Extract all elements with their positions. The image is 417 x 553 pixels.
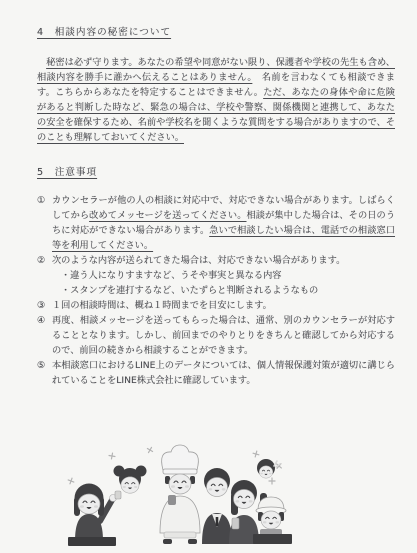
item-text: １回の相談時間は、概ね１時間までを目安にします。 — [52, 298, 395, 313]
item-marker: ③ — [37, 298, 52, 313]
section-4-paragraph: 秘密は必ず守ります。あなたの希望や同意がない限り、保護者や学校の先生も含め、相談… — [37, 55, 395, 145]
item-text: 次のような内容が送られてきた場合は、対応できない場合があります。・違う人になりす… — [52, 253, 395, 298]
section-4-heading-text: 4 相談内容の秘密について — [37, 27, 171, 38]
sub-bullet: ・違う人になりすますなど、うそや事実と異なる内容 — [52, 268, 395, 283]
sparkle-icon — [269, 478, 275, 484]
item-marker: ② — [37, 253, 52, 268]
chef — [160, 445, 200, 544]
section-5-heading-text: 5 注意事項 — [37, 167, 97, 178]
notes-list: ①カウンセラーが他の人の相談に対応中で、対応できない場合があります。しばらくして… — [37, 193, 395, 388]
section-4-heading: 4 相談内容の秘密について — [37, 26, 395, 40]
document-content: 4 相談内容の秘密について 秘密は必ず守ります。あなたの希望や同意がない限り、保… — [0, 0, 417, 388]
capped-kid — [253, 497, 292, 544]
item-marker: ⑤ — [37, 358, 52, 373]
list-item: ⑤本相談窓口におけるLINE上のデータについては、個人情報保護対策が適切に講じら… — [37, 358, 395, 388]
suit-man — [202, 468, 232, 544]
list-item: ②次のような内容が送られてきた場合は、対応できない場合があります。・違う人になり… — [37, 253, 395, 298]
item-text: 再度、相談メッセージを送ってもらった場合は、通常、別のカウンセラーが対応すること… — [52, 313, 395, 358]
item-text: カウンセラーが他の人の相談に対応中で、対応できない場合があります。しばらくしてか… — [52, 193, 395, 253]
item-text: 本相談窓口におけるLINE上のデータについては、個人情報保護対策が適切に講じられ… — [52, 358, 395, 388]
text-run: 次のような内容が送られてきた場合は、対応できない場合があります。 — [52, 255, 345, 266]
bun-hair-girl — [114, 466, 147, 494]
group-of-people-illustration — [60, 441, 292, 547]
waving-girl — [68, 484, 121, 547]
sparkle-icon — [67, 477, 75, 485]
list-item: ①カウンセラーが他の人の相談に対応中で、対応できない場合があります。しばらくして… — [37, 193, 395, 253]
section-5-heading: 5 注意事項 — [37, 166, 395, 180]
list-item: ④再度、相談メッセージを送ってもらった場合は、通常、別のカウンセラーが対応するこ… — [37, 313, 395, 358]
sparkle-icon — [252, 450, 259, 457]
item-marker: ① — [37, 193, 52, 208]
sparkle-icon — [109, 453, 116, 460]
underlined-text-run: 改めてメッセージを送ってください。 — [89, 210, 246, 221]
peace-sign-kid — [257, 459, 280, 478]
sparkle-icon — [146, 446, 154, 454]
text-run: １回の相談時間は、概ね１時間までを目安にします。 — [52, 300, 272, 311]
text-run: 本相談窓口におけるLINE上のデータについては、個人情報保護対策が適切に講じられ… — [52, 360, 395, 386]
item-marker: ④ — [37, 313, 52, 328]
scanned-document-page: 4 相談内容の秘密について 秘密は必ず守ります。あなたの希望や同意がない限り、保… — [0, 0, 417, 553]
text-run: 再度、相談メッセージを送ってもらった場合は、通常、別のカウンセラーが対応すること… — [52, 315, 395, 356]
list-item: ③１回の相談時間は、概ね１時間までを目安にします。 — [37, 298, 395, 313]
sub-bullet: ・スタンプを連打するなど、いたずらと判断されるようなもの — [52, 283, 395, 298]
